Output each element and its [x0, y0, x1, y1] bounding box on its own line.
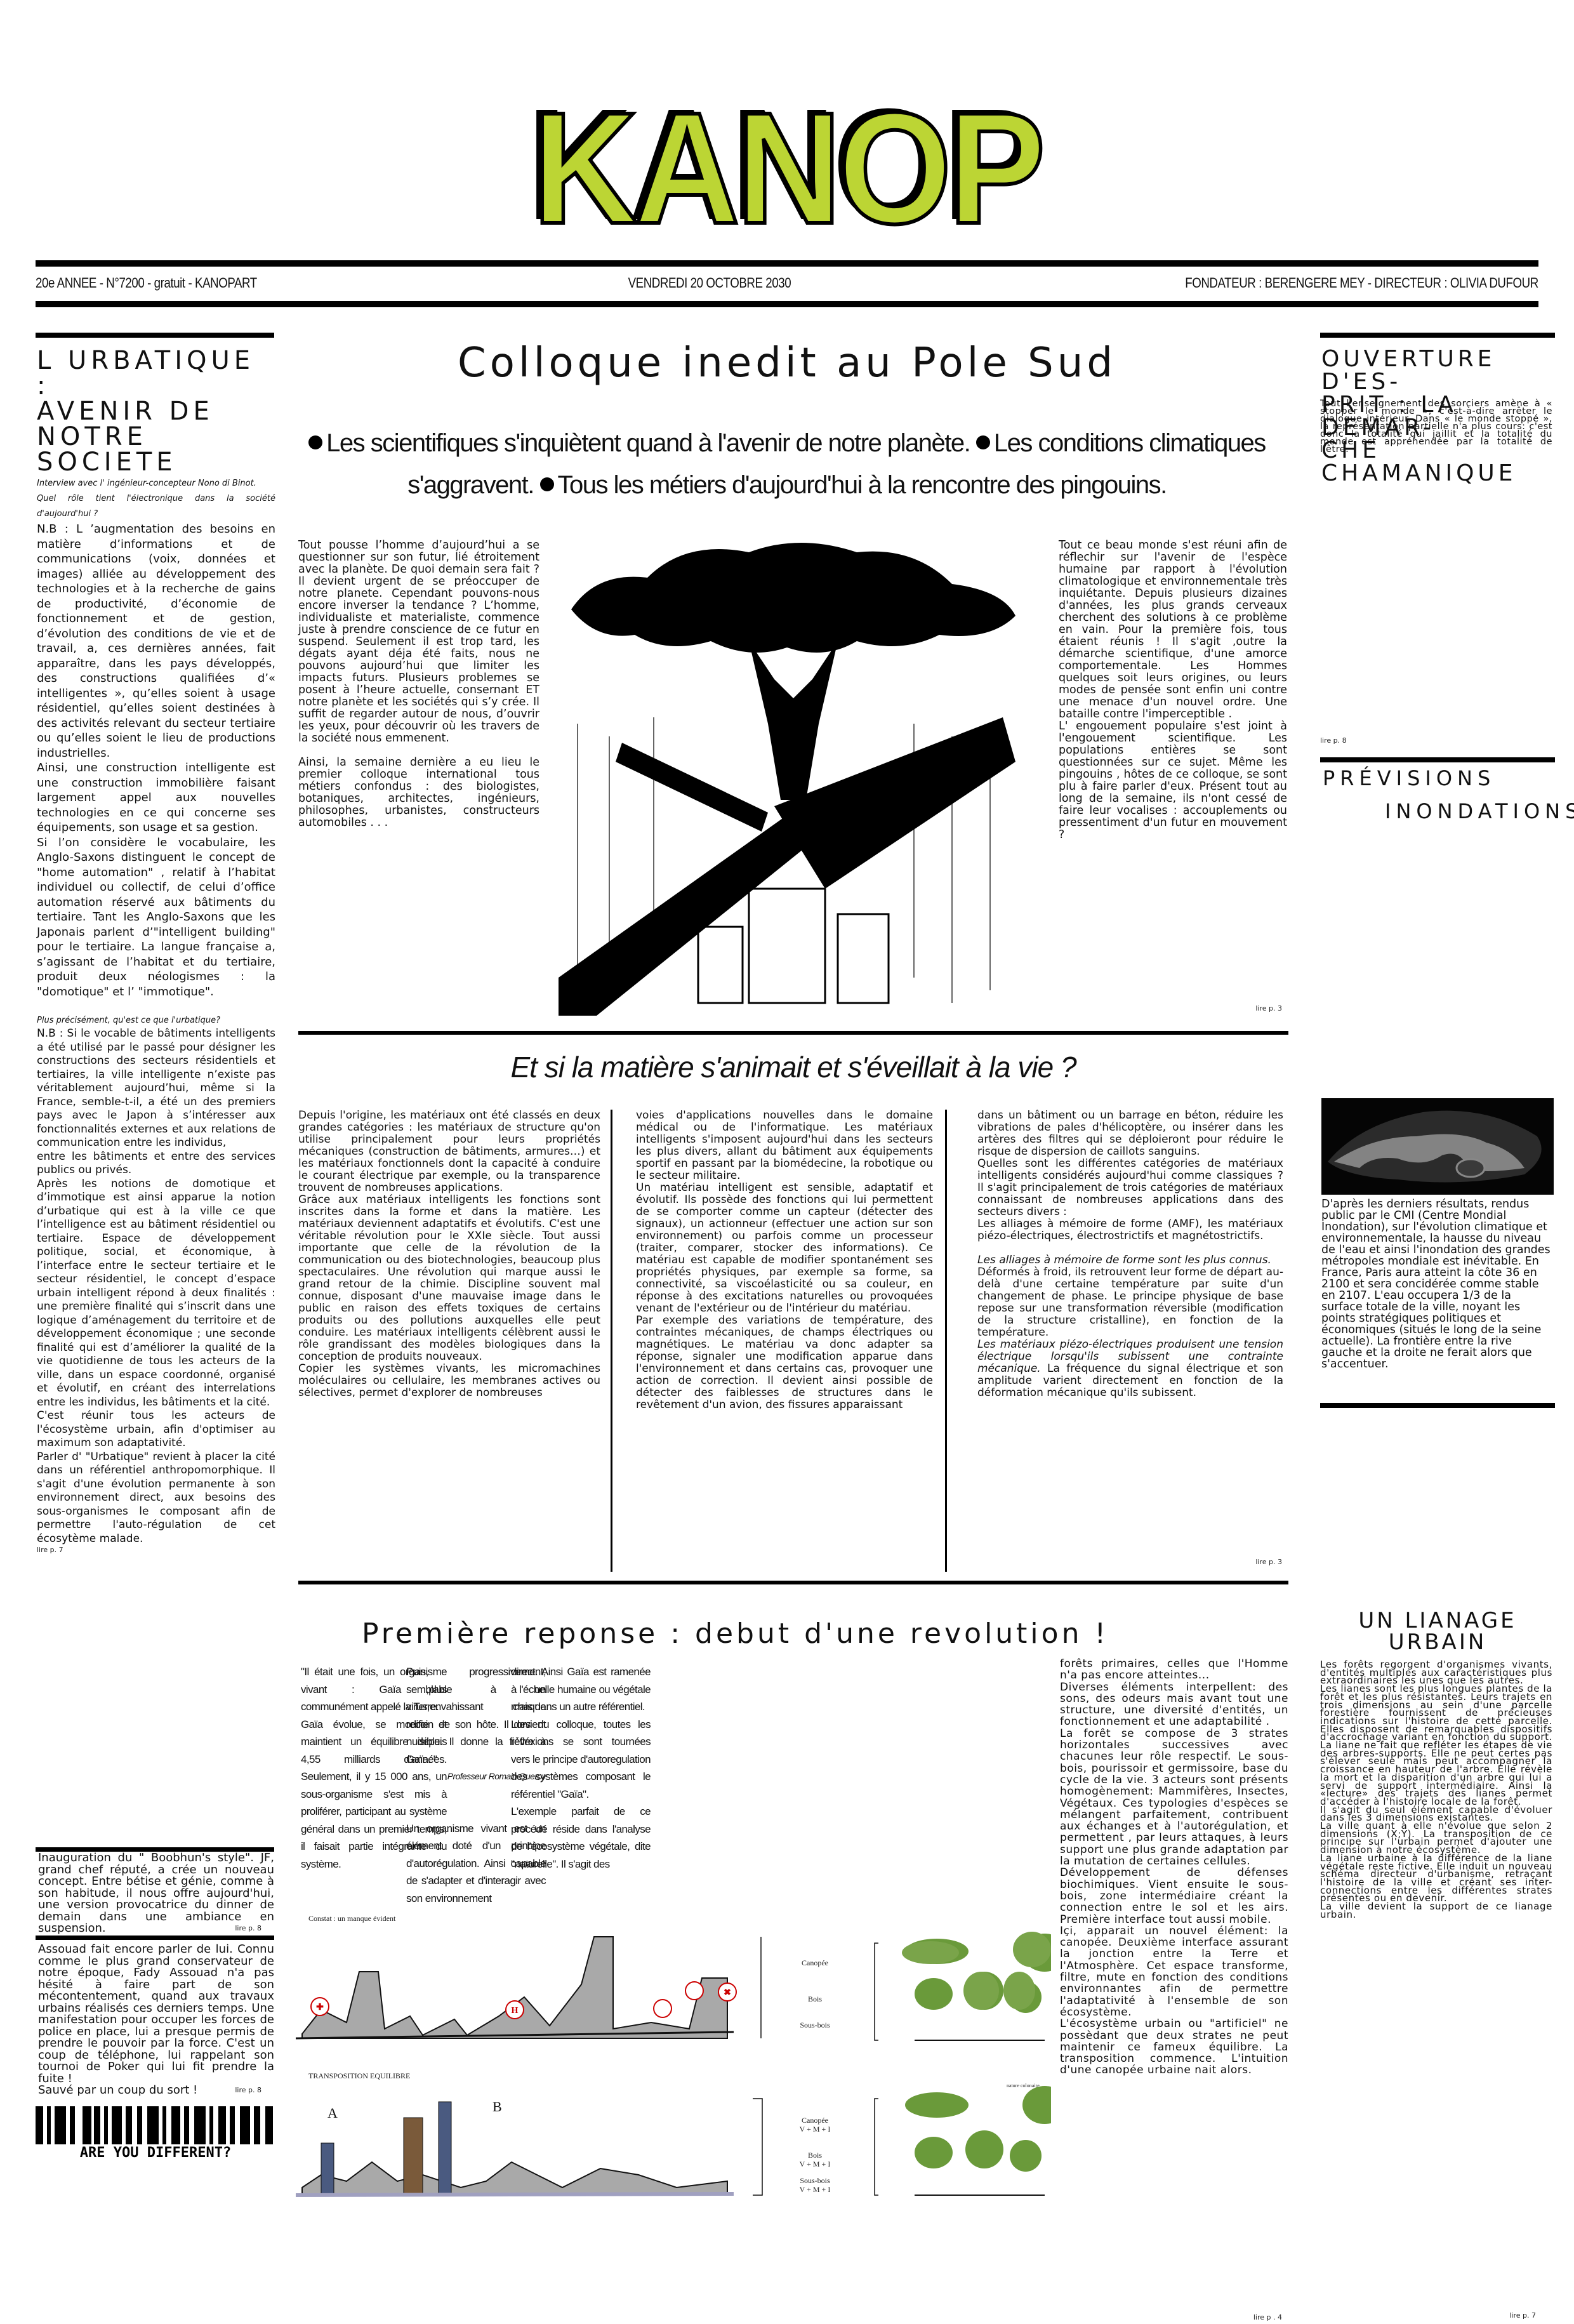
svg-text:Bois: Bois [808, 2151, 822, 2160]
newspaper-logo: KANOP [532, 89, 1042, 248]
svg-text:H: H [512, 2006, 519, 2015]
lianage-topbar [1320, 1403, 1555, 1408]
premiere-column-3: direct. Ainsi Gaïa est ramenée à l'échel… [511, 1663, 651, 1873]
svg-text:V + M + I: V + M + I [800, 2125, 831, 2134]
masthead-bottom-rule [36, 301, 1538, 307]
headline-deck: Les scientifiques s'inquiètent quand à l… [298, 422, 1276, 506]
urbatique-question-1: Quel rôle tient l'électronique dans la s… [37, 491, 275, 522]
masthead-info-bar: 20e ANNEE - N°7200 - gratuit - KANOPART … [36, 270, 1538, 296]
masthead-top-rule [36, 260, 1538, 267]
chamanique-read-more-link[interactable]: lire p. 8 [1320, 736, 1358, 745]
urbatique-body-1: N.B : L ’augmentation des besoins en mat… [37, 522, 275, 999]
assouad-read-more-link[interactable]: lire p. 8 [235, 2085, 261, 2097]
column-divider [611, 1110, 612, 1572]
lianage-body: Les forêts regorgent d'organismes vivant… [1320, 1661, 1552, 1919]
urbatique-read-more-link[interactable]: lire p. 7 [37, 1546, 275, 1554]
urbatique-title: L urbatique : avenir de notre societe [37, 348, 275, 475]
lianage-title: Un lianage urbain [1320, 1610, 1555, 1653]
colloque-column-left: Tout pousse l’homme d’aujourd’hui a se q… [298, 540, 539, 829]
map-icon [1321, 1098, 1554, 1195]
inondations-title-2: Inondations [1385, 801, 1574, 821]
svg-text:Sous-bois: Sous-bois [800, 2176, 830, 2185]
credits-info: FONDATEUR : BERENGERE MEY - DIRECTEUR : … [1185, 275, 1538, 291]
urbatique-question-2: Plus précisément, qu'est ce que l'urbati… [37, 1014, 275, 1027]
svg-text:nature colonaire: nature colonaire [1007, 2083, 1040, 2088]
svg-text:V + M + I: V + M + I [800, 2160, 831, 2168]
matiere-column-1: Depuis l'origine, les matériaux ont été … [298, 1110, 600, 1399]
masthead: KANOP [0, 89, 1574, 248]
svg-text:ARE YOU DIFFERENT?: ARE YOU DIFFERENT? [80, 2145, 231, 2161]
inondations-text: D'après les derniers résultats, rendus p… [1321, 1199, 1554, 1370]
matiere-title: Et si la matière s'animait et s'éveillai… [298, 1050, 1288, 1084]
tree-icon [559, 533, 1028, 1022]
matiere-column-3: dans un bâtiment ou un barrage en béton,… [977, 1110, 1283, 1399]
svg-text:✖: ✖ [724, 1988, 731, 1998]
tree-city-illustration [559, 533, 1028, 1022]
barcode-graphic: ARE YOU DIFFERENT? [36, 2106, 275, 2324]
bullet-icon [540, 477, 554, 491]
barcode-icon: ARE YOU DIFFERENT? [36, 2106, 275, 2324]
chamanique-body [1320, 298, 1552, 400]
assouad-closing: Sauvé par un coup du sort ! lire p. 8 [38, 2085, 274, 2097]
inondations-title-1: Prévisions [1323, 768, 1495, 788]
svg-text:Canopée: Canopée [802, 2116, 828, 2125]
urbatique-intro: Interview avec l' ingénieur-concepteur N… [37, 476, 275, 491]
premiere-column-4: forêts primaires, celles que l'Homme n'a… [1060, 1658, 1288, 2076]
matiere-topbar [298, 1031, 1288, 1035]
svg-text:V + M + I: V + M + I [800, 2185, 831, 2194]
svg-text:A: A [327, 2105, 338, 2121]
boobhun-brief: Inauguration du " Boobhun's style". JF, … [38, 1852, 274, 1935]
strata-diagram: Constat : un manque évident ✚H✖ Canopée … [296, 1908, 1051, 2321]
chamanique-text: Tout l'enseignement des sorciers amène à… [1320, 400, 1552, 453]
main-headline: Colloque inedit au Pole Sud [292, 340, 1282, 387]
svg-text:Constat : un manque évident: Constat : un manque évident [308, 1914, 396, 1923]
svg-text:Canopée: Canopée [802, 1958, 828, 1967]
premiere-reponse-title: Première reponse : debut d'une revolutio… [362, 1617, 1263, 1650]
boobhun-read-more-link[interactable]: lire p. 8 [235, 1923, 261, 1935]
svg-text:TRANSPOSITION EQUILIBRE: TRANSPOSITION EQUILIBRE [308, 2071, 410, 2080]
matiere-read-more-link[interactable]: lire p. 3 [1219, 1558, 1282, 1566]
matiere-column-2: voies d'applications nouvelles dans le d… [636, 1110, 933, 1411]
assouad-topbar [36, 1936, 274, 1940]
svg-text:✚: ✚ [316, 2003, 324, 2012]
inondations-topbar [1320, 757, 1555, 762]
urbatique-article: L urbatique : avenir de notre societe In… [37, 348, 275, 1554]
paris-flood-map [1321, 1098, 1554, 1195]
svg-text:B: B [493, 2099, 502, 2115]
assouad-brief: Assouad fait encore parler de lui. Connu… [38, 1944, 274, 2097]
colloque-read-more-link[interactable]: lire p. 3 [1206, 1004, 1282, 1013]
svg-text:Bois: Bois [808, 1995, 822, 2003]
premiere-read-more-link[interactable]: lire p . 4 [1238, 2313, 1282, 2321]
colloque-column-right: Tout ce beau monde s'est réuni afin de r… [1059, 540, 1287, 841]
svg-text:Sous-bois: Sous-bois [800, 2021, 830, 2029]
issue-date: VENDREDI 20 OCTOBRE 2030 [628, 275, 791, 291]
left-column-topbar [36, 333, 274, 338]
diagram-icon: Constat : un manque évident ✚H✖ Canopée … [296, 1908, 1051, 2321]
matiere-bottombar [298, 1581, 1288, 1584]
edition-info: 20e ANNEE - N°7200 - gratuit - KANOPART [36, 275, 257, 291]
column-divider [945, 1110, 947, 1572]
lianage-read-more-link[interactable]: lire p. 7 [1498, 2311, 1536, 2320]
bullet-icon [976, 435, 990, 449]
urbatique-body-2: N.B : Si le vocable de bâtiments intelli… [37, 1027, 275, 1546]
bullet-icon [308, 435, 322, 449]
